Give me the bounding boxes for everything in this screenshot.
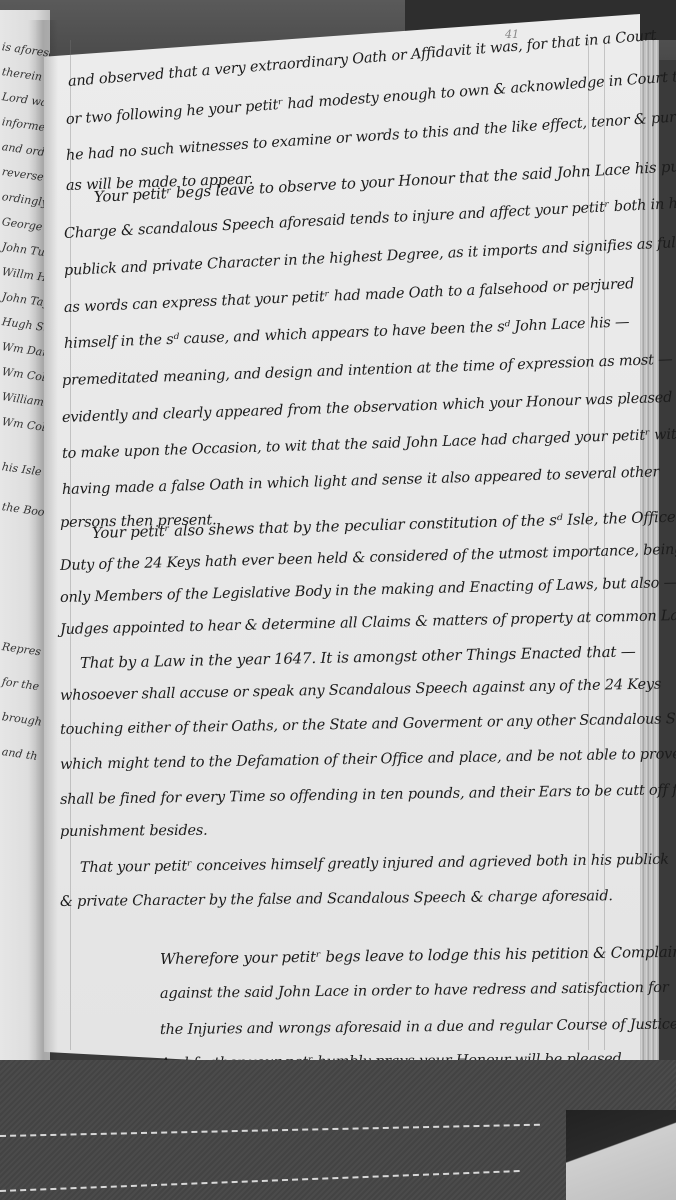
book-gutter-shadow <box>28 20 58 1070</box>
laptop-corner <box>566 1110 676 1200</box>
manuscript-line: punishment besides. <box>60 823 208 840</box>
